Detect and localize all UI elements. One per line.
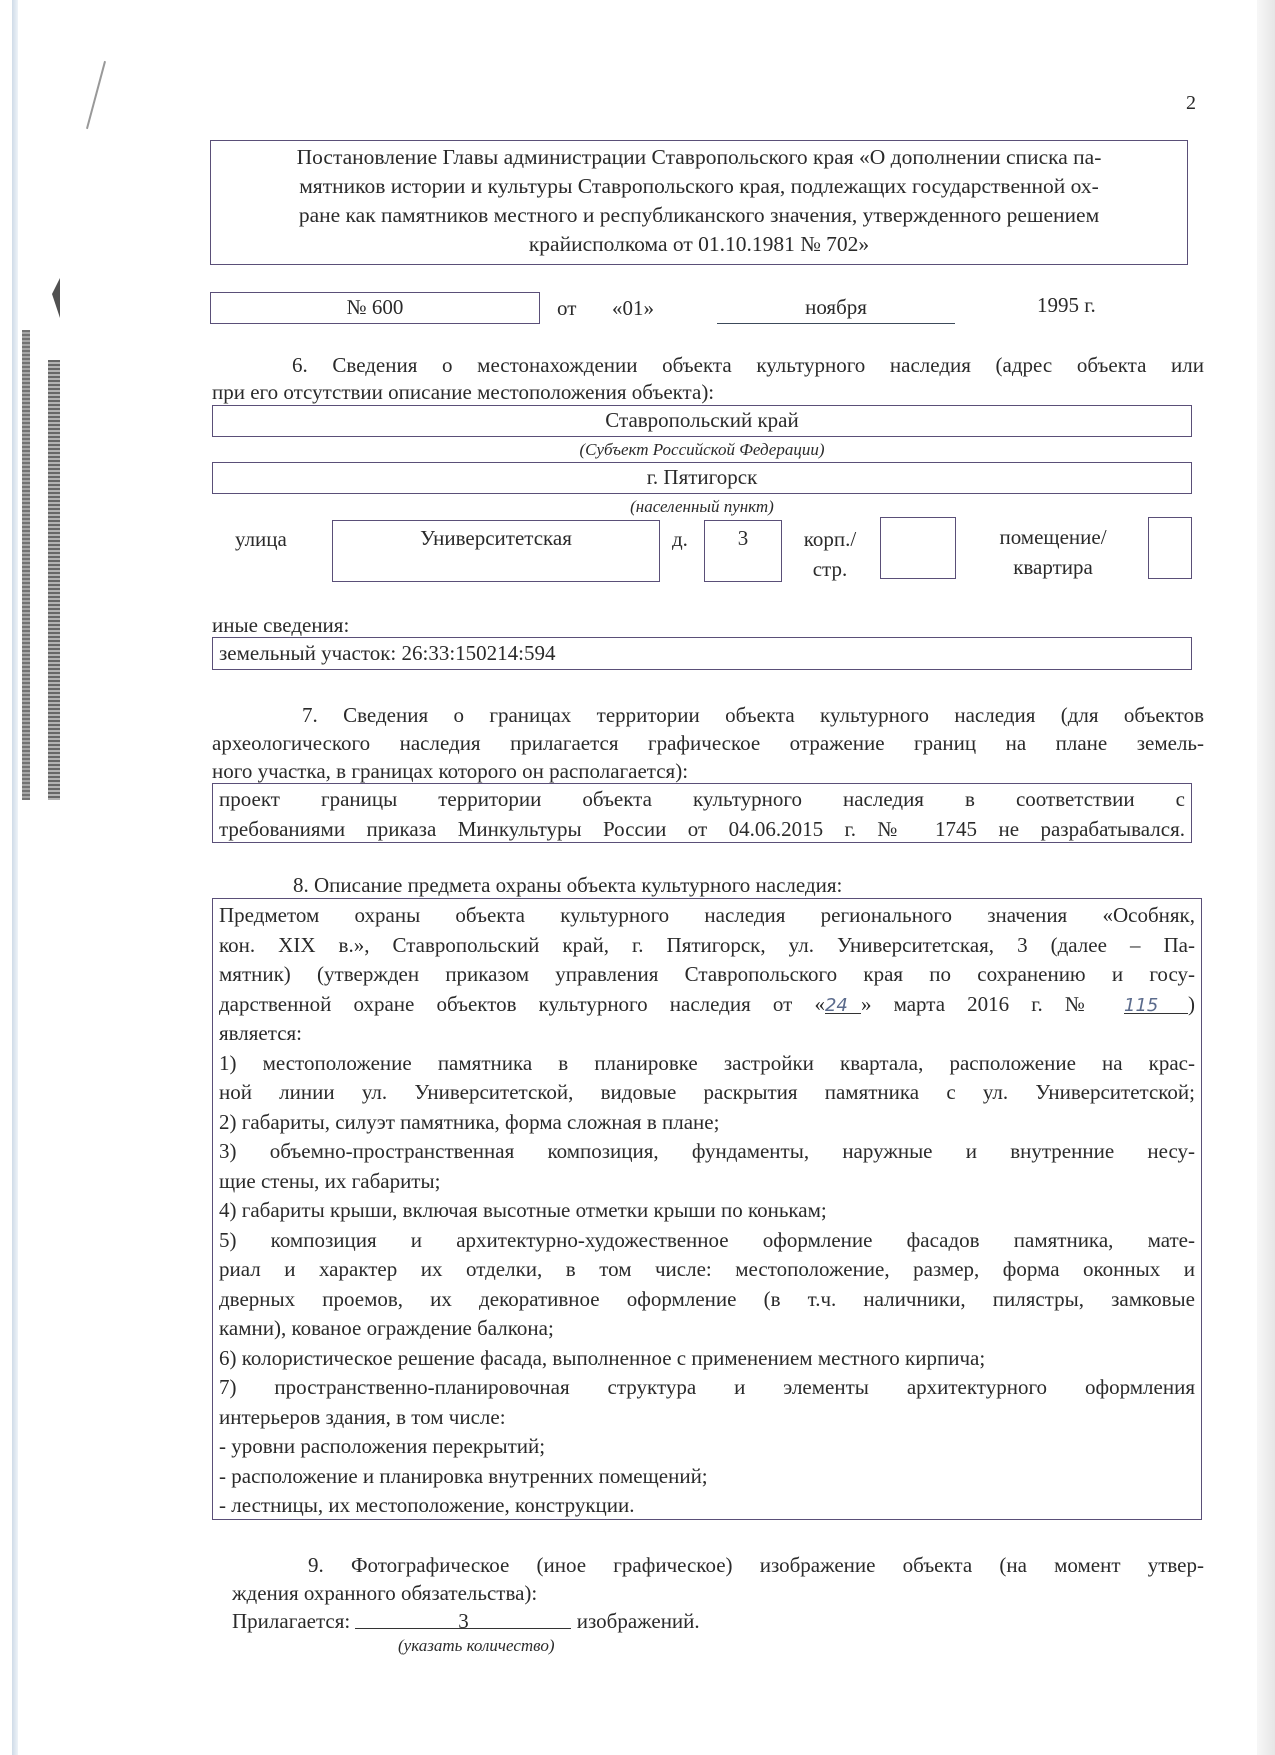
section8-line: кон. XIX в.», Ставропольский край, г. Пя… <box>219 931 1195 961</box>
decree-title-line: Постановление Главы администрации Ставро… <box>219 143 1179 172</box>
apartment-field <box>1148 517 1192 579</box>
section7-value-box: проект границы территории объекта культу… <box>212 783 1192 843</box>
section9-heading: 9. Фотографическое (иное графическое) из… <box>232 1550 1204 1580</box>
images-suffix: изображений. <box>577 1609 700 1633</box>
scan-mark <box>52 278 60 318</box>
region-field: Ставропольский край <box>212 405 1192 437</box>
street-label: улица <box>235 524 287 554</box>
scan-mark <box>48 360 60 800</box>
apartment-label-line: помещение/ <box>978 522 1128 552</box>
apartment-label: помещение/ квартира <box>978 522 1128 582</box>
section8-item: 5) композиция и архитектурно-художествен… <box>219 1226 1195 1256</box>
decree-title-line: ране как памятников местного и республик… <box>219 201 1179 230</box>
section8-item: дверных проемов, их декоративное оформле… <box>219 1285 1195 1315</box>
section6-heading: 6. Сведения о местонахождении объекта ку… <box>212 350 1204 380</box>
other-info-field: земельный участок: 26:33:150214:594 <box>212 637 1192 670</box>
section8-line: Предметом охраны объекта культурного нас… <box>219 901 1195 931</box>
section8-item: - лестницы, их местоположение, конструкц… <box>219 1491 1195 1521</box>
house-label: д. <box>672 524 688 554</box>
section8-value-box: Предметом охраны объекта культурного нас… <box>212 898 1202 1520</box>
image-count-caption: (указать количество) <box>398 1636 555 1656</box>
section8-item: 4) габариты крыши, включая высотные отме… <box>219 1196 1195 1226</box>
handwritten-order-number: 115 <box>1124 991 1188 1014</box>
section8-item: 1) местоположение памятника в планировке… <box>219 1049 1195 1079</box>
building-label-line: корп./ <box>790 524 870 554</box>
section9-heading-cont: ждения охранного обязательства): <box>232 1578 537 1608</box>
section8-line-text: ) <box>1188 992 1195 1016</box>
section8-item: 6) колористическое решение фасада, выпол… <box>219 1344 1195 1374</box>
section7-heading-cont: ного участка, в границах которого он рас… <box>212 756 688 786</box>
section8-item: является: <box>219 1019 1195 1049</box>
section7-value-line: проект границы территории объекта культу… <box>219 784 1185 814</box>
image-count-field: 3 <box>355 1606 571 1629</box>
handwritten-order-day: 24 <box>825 991 861 1014</box>
image-count: 3 <box>458 1609 469 1633</box>
scan-mark <box>22 330 30 800</box>
section8-item: щие стены, их габариты; <box>219 1167 1195 1197</box>
decree-year: 1995 г. <box>1037 290 1096 320</box>
section7-heading-cont: археологического наследия прилагается гр… <box>212 728 1204 758</box>
scan-edge <box>12 0 18 1755</box>
attached-label: Прилагается: <box>232 1609 350 1633</box>
section7-value-line: требованиями приказа Минкультуры России … <box>219 814 1185 844</box>
city-field: г. Пятигорск <box>212 462 1192 494</box>
section8-item: - уровни расположения перекрытий; <box>219 1432 1195 1462</box>
building-field <box>880 517 956 579</box>
other-info-label: иные сведения: <box>212 610 349 640</box>
street-field: Университетская <box>332 520 660 582</box>
section8-item: - расположение и планировка внутренних п… <box>219 1462 1195 1492</box>
section7-heading: 7. Сведения о границах территории объект… <box>212 700 1204 730</box>
region-caption: (Субъект Российской Федерации) <box>212 440 1192 460</box>
apartment-label-line: квартира <box>978 552 1128 582</box>
section8-line: мятник) (утвержден приказом управления С… <box>219 960 1195 990</box>
decree-month: ноября <box>717 295 955 324</box>
building-label: корп./ стр. <box>790 524 870 584</box>
from-label: от <box>557 293 576 323</box>
page-number: 2 <box>1186 92 1196 115</box>
decree-title-line: крайисполкома от 01.10.1981 № 702» <box>219 230 1179 259</box>
section8-line-text: » марта 2016 г. № <box>861 992 1102 1016</box>
section8-item: интерьеров здания, в том числе: <box>219 1403 1195 1433</box>
decree-number-field: № 600 <box>210 292 540 324</box>
house-field: 3 <box>704 520 782 582</box>
city-caption: (населенный пункт) <box>212 497 1192 517</box>
scan-mark <box>86 61 106 129</box>
decree-title-box: Постановление Главы администрации Ставро… <box>210 140 1188 265</box>
section8-line-text: дарственной охране объектов культурного … <box>219 992 825 1016</box>
section8-item: 7) пространственно-планировочная структу… <box>219 1373 1195 1403</box>
decree-day: «01» <box>612 293 654 323</box>
section8-item: 3) объемно-пространственная композиция, … <box>219 1137 1195 1167</box>
section9-attached-row: Прилагается: 3 изображений. <box>232 1606 700 1636</box>
section8-item: ной линии ул. Университетской, видовые р… <box>219 1078 1195 1108</box>
decree-title-line: мятников истории и культуры Ставропольск… <box>219 172 1179 201</box>
section8-item: 2) габариты, силуэт памятника, форма сло… <box>219 1108 1195 1138</box>
section6-heading-cont: при его отсутствии описание местоположен… <box>212 377 714 407</box>
scan-edge <box>1257 0 1275 1755</box>
building-label-line: стр. <box>790 554 870 584</box>
section8-line: дарственной охране объектов культурного … <box>219 990 1195 1020</box>
section8-item: камни), кованое ограждение балкона; <box>219 1314 1195 1344</box>
section8-heading: 8. Описание предмета охраны объекта куль… <box>293 870 842 900</box>
section8-item: риал и характер их отделки, в том числе:… <box>219 1255 1195 1285</box>
